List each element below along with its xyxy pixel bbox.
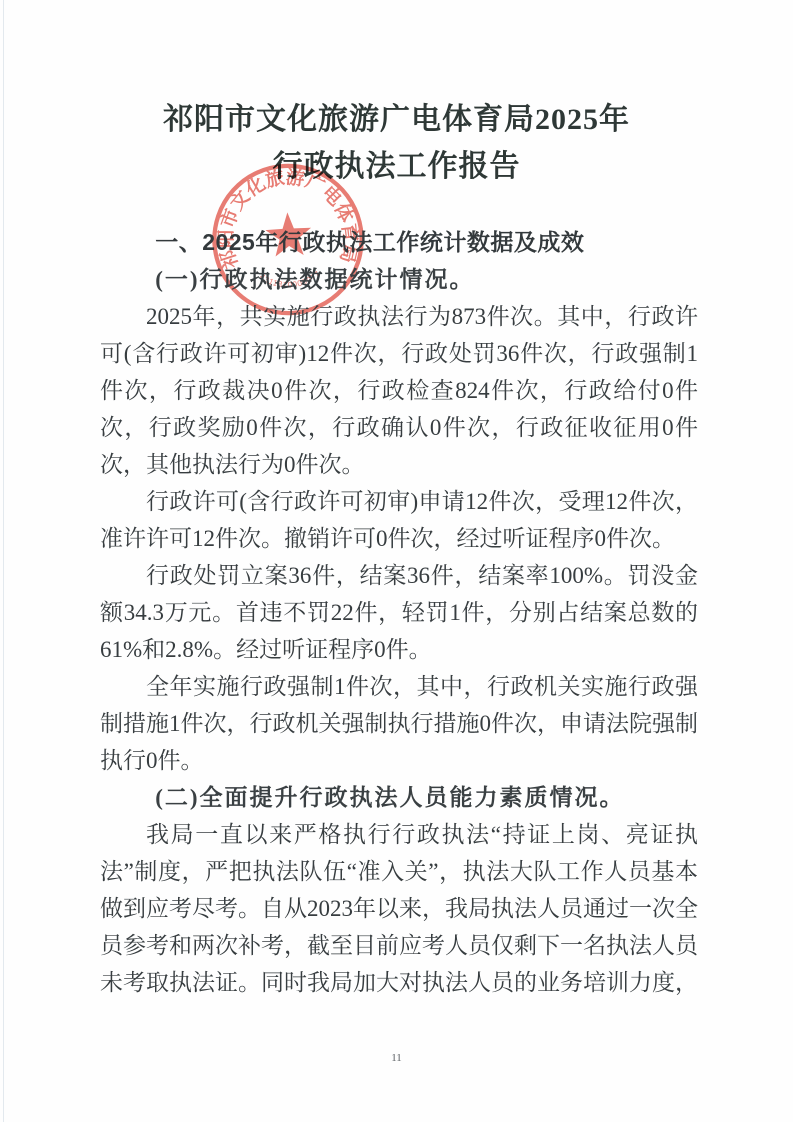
paragraph-compulsion-stats: 全年实施行政强制1件次，其中，行政机关实施行政强制措施1件次，行政机关强制执行措… [100, 668, 698, 779]
document-title: 祁阳市文化旅游广电体育局2025年 行政执法工作报告 [0, 96, 793, 190]
subsection-2-heading: (二)全面提升行政执法人员能力素质情况。 [100, 779, 698, 816]
paragraph-enforcement-totals: 2025年，共实施行政执法行为873件次。其中，行政许可(含行政许可初审)12件… [100, 298, 698, 483]
paragraph-license-stats: 行政许可(含行政许可初审)申请12件次，受理12件次，准许许可12件次。撤销许可… [100, 483, 698, 557]
page-number: 11 [0, 1052, 793, 1064]
document-page: 祁阳市文化旅游广电体育局2025年 行政执法工作报告 祁阳市文化旅游广电体育局 … [0, 0, 793, 1122]
subsection-1-heading: (一)行政执法数据统计情况。 [100, 261, 698, 298]
title-line-2: 行政执法工作报告 [0, 143, 793, 190]
section-1-heading: 一、2025年行政执法工作统计数据及成效 [100, 224, 698, 261]
document-body: 一、2025年行政执法工作统计数据及成效 (一)行政执法数据统计情况。 2025… [100, 224, 698, 1001]
paragraph-penalty-stats: 行政处罚立案36件，结案36件，结案率100%。罚没金额34.3万元。首违不罚2… [100, 557, 698, 668]
title-line-1: 祁阳市文化旅游广电体育局2025年 [0, 96, 793, 143]
paragraph-personnel-training: 我局一直以来严格执行行政执法“持证上岗、亮证执法”制度，严把执法队伍“准入关”，… [100, 816, 698, 1001]
